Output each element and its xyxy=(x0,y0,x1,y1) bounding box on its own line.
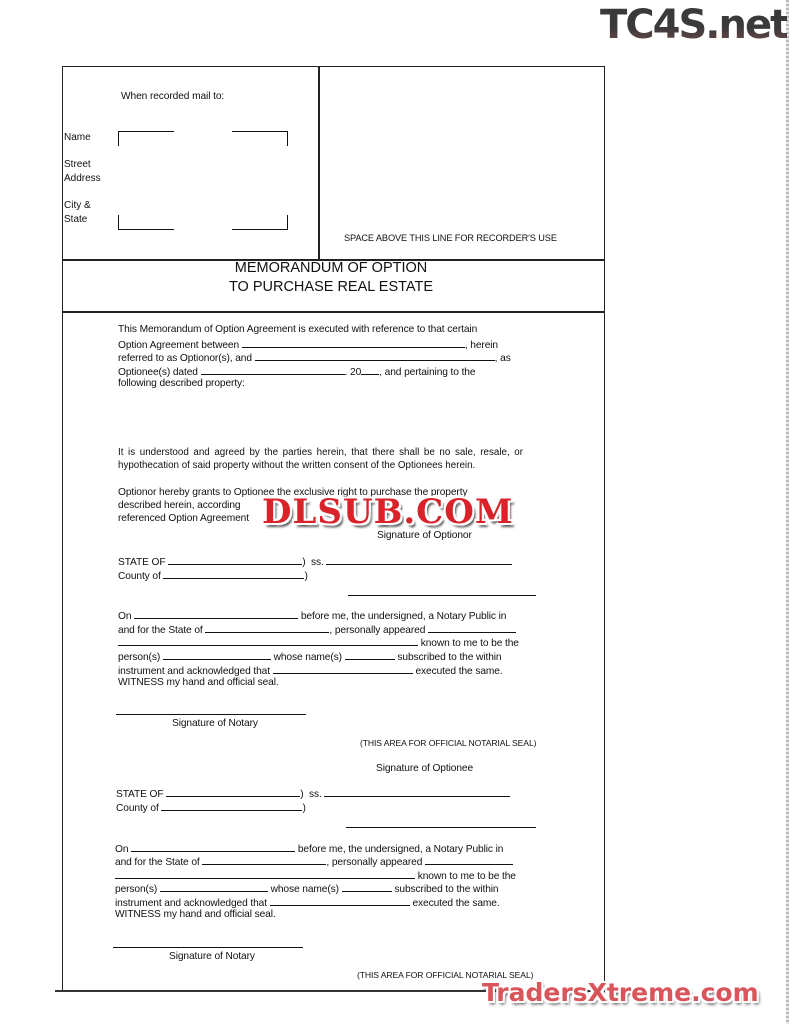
title-bottom-rule xyxy=(62,311,605,313)
agreement-date-field[interactable] xyxy=(201,365,345,375)
notary-date-field[interactable] xyxy=(134,609,298,619)
optionor-county-row: County of ) xyxy=(118,569,308,582)
optionor-county-field[interactable] xyxy=(163,569,304,579)
header-divider xyxy=(318,66,320,260)
intro-text: . 20 xyxy=(345,367,362,378)
paren: ) xyxy=(302,557,305,568)
county-of-label: County of xyxy=(116,803,159,814)
tc4s-watermark: TC4S.net xyxy=(600,2,787,48)
paren: ) xyxy=(304,571,307,582)
notary2-line-1: On before me, the undersigned, a Notary … xyxy=(115,842,503,855)
notary-line-5: instrument and acknowledged that execute… xyxy=(118,664,503,677)
notary2-state-field[interactable] xyxy=(202,855,326,865)
notary2-signature-label: Signature of Notary xyxy=(169,951,255,962)
county-of-label: County of xyxy=(118,571,161,582)
optionee-state-row: STATE OF ) ss. xyxy=(116,787,510,800)
address-box-corner-br xyxy=(232,215,288,230)
notary2-line-5: instrument and acknowledged that execute… xyxy=(115,896,500,909)
optionee-signature-label: Signature of Optionee xyxy=(376,763,473,774)
subscribed-text: subscribed to the within xyxy=(394,884,498,895)
witness2-text: WITNESS my hand and official seal. xyxy=(115,909,276,920)
street-label-2: Address xyxy=(64,172,101,186)
address-box-corner-tl xyxy=(118,131,174,146)
persons-field[interactable] xyxy=(163,650,271,660)
state-of-label: STATE OF xyxy=(116,789,164,800)
notary-line-4: person(s) whose name(s) subscribed to th… xyxy=(118,650,501,663)
intro-text: referred to as Optionor(s), and xyxy=(118,353,252,364)
notary2-line-3: known to me to be the xyxy=(115,869,516,882)
page-edge xyxy=(786,0,789,1024)
no-sale-clause: It is understood and agreed by the parti… xyxy=(118,447,523,473)
personally-appeared-text: , personally appeared xyxy=(329,625,425,636)
optionor-signature-line[interactable] xyxy=(348,595,536,596)
address-box-corner-tr xyxy=(232,131,288,146)
intro-line-1: This Memorandum of Option Agreement is e… xyxy=(118,324,477,335)
is-are2-field[interactable] xyxy=(342,882,392,892)
appeared-name-field[interactable] xyxy=(428,623,516,633)
persons2-field[interactable] xyxy=(160,882,268,892)
notary-line-1: On before me, the undersigned, a Notary … xyxy=(118,609,506,622)
optionee-county-row: County of ) xyxy=(116,801,306,814)
intro-line-3: referred to as Optionor(s), and , as xyxy=(118,351,511,364)
ss-label: ss. xyxy=(309,789,322,800)
persons-label: person(s) xyxy=(115,884,157,895)
mail-to-label: When recorded mail to: xyxy=(121,91,224,102)
intro-line-2: Option Agreement between , herein xyxy=(118,338,498,351)
optionee-state-field[interactable] xyxy=(166,787,300,797)
title-line-1: MEMORANDUM OF OPTION xyxy=(200,259,462,278)
intro-line-4: Optionee(s) dated . 20, and pertaining t… xyxy=(118,365,475,378)
optionee-name-field[interactable] xyxy=(255,351,495,361)
optionee-county-field[interactable] xyxy=(161,801,302,811)
before-me-text: before me, the undersigned, a Notary Pub… xyxy=(301,611,507,622)
optionee-signature-line[interactable] xyxy=(346,827,536,828)
executed-text: executed the same. xyxy=(415,666,502,677)
address-box-corner-bl xyxy=(118,215,174,230)
optionee-ss-field[interactable] xyxy=(324,787,510,797)
whose-names-label: whose name(s) xyxy=(271,884,339,895)
notary-signature-label: Signature of Notary xyxy=(172,718,258,729)
before-me-text: before me, the undersigned, a Notary Pub… xyxy=(298,844,504,855)
notary2-line-4: person(s) whose name(s) subscribed to th… xyxy=(115,882,498,895)
he-she-they-field[interactable] xyxy=(273,664,413,674)
notary-signature-line[interactable] xyxy=(116,714,306,715)
notary-line-2: and for the State of , personally appear… xyxy=(118,623,516,636)
optionor-state-row: STATE OF ) ss. xyxy=(118,555,512,568)
city-label-1: City & xyxy=(64,199,91,213)
subscribed-text: subscribed to the within xyxy=(397,652,501,663)
executed-text: executed the same. xyxy=(412,898,499,909)
known-to-me-text: known to me to be the xyxy=(418,871,516,882)
notary2-date-field[interactable] xyxy=(131,842,295,852)
on-label: On xyxy=(115,844,128,855)
agreement-year-field[interactable] xyxy=(361,365,379,375)
optionor-name-field[interactable] xyxy=(242,338,465,348)
persons-label: person(s) xyxy=(118,652,160,663)
instrument-text: instrument and acknowledged that xyxy=(115,898,267,909)
notary-line-3: known to me to be the xyxy=(118,636,519,649)
intro-text: Optionee(s) dated xyxy=(118,367,198,378)
tradersxtreme-watermark: TradersXtreme.com xyxy=(482,978,759,1007)
city-label-2: State xyxy=(64,213,87,227)
notary2-signature-line[interactable] xyxy=(113,947,303,948)
optionor-state-field[interactable] xyxy=(168,555,302,565)
name-label: Name xyxy=(64,131,91,145)
optionor-ss-field[interactable] xyxy=(326,555,512,565)
intro-text: Option Agreement between xyxy=(118,340,239,351)
intro-text: , as xyxy=(495,353,511,364)
instrument-text: instrument and acknowledged that xyxy=(118,666,270,677)
notarial-seal-area: (THIS AREA FOR OFFICIAL NOTARIAL SEAL) xyxy=(360,738,536,748)
appeared2-name-field-2[interactable] xyxy=(115,869,415,879)
grant-line-3: referenced Option Agreement xyxy=(118,513,249,524)
street-label-1: Street xyxy=(64,158,91,172)
on-label: On xyxy=(118,611,131,622)
notary-state-field[interactable] xyxy=(205,623,329,633)
known-to-me-text: known to me to be the xyxy=(421,638,519,649)
grant-line-2: described herein, according xyxy=(118,500,240,511)
whose-names-label: whose name(s) xyxy=(274,652,342,663)
and-for-state-text: and for the State of xyxy=(115,857,200,868)
appeared2-name-field[interactable] xyxy=(425,855,513,865)
appeared-name-field-2[interactable] xyxy=(118,636,418,646)
title-line-2: TO PURCHASE REAL ESTATE xyxy=(200,278,462,297)
intro-line-5: following described property: xyxy=(118,378,245,389)
intro-text: , and pertaining to the xyxy=(379,367,475,378)
ss-label: ss. xyxy=(311,557,324,568)
recorder-note: SPACE ABOVE THIS LINE FOR RECORDER'S USE xyxy=(344,233,557,243)
personally-appeared-text: , personally appeared xyxy=(326,857,422,868)
he-she-they2-field[interactable] xyxy=(270,896,410,906)
notary2-line-2: and for the State of , personally appear… xyxy=(115,855,513,868)
and-for-state-text: and for the State of xyxy=(118,625,203,636)
intro-text: , herein xyxy=(465,340,498,351)
dlsub-watermark: DLSUB.COM xyxy=(262,492,513,532)
paren: ) xyxy=(300,789,303,800)
is-are-field[interactable] xyxy=(345,650,395,660)
paren: ) xyxy=(302,803,305,814)
state-of-label: STATE OF xyxy=(118,557,166,568)
witness-text: WITNESS my hand and official seal. xyxy=(118,677,279,688)
